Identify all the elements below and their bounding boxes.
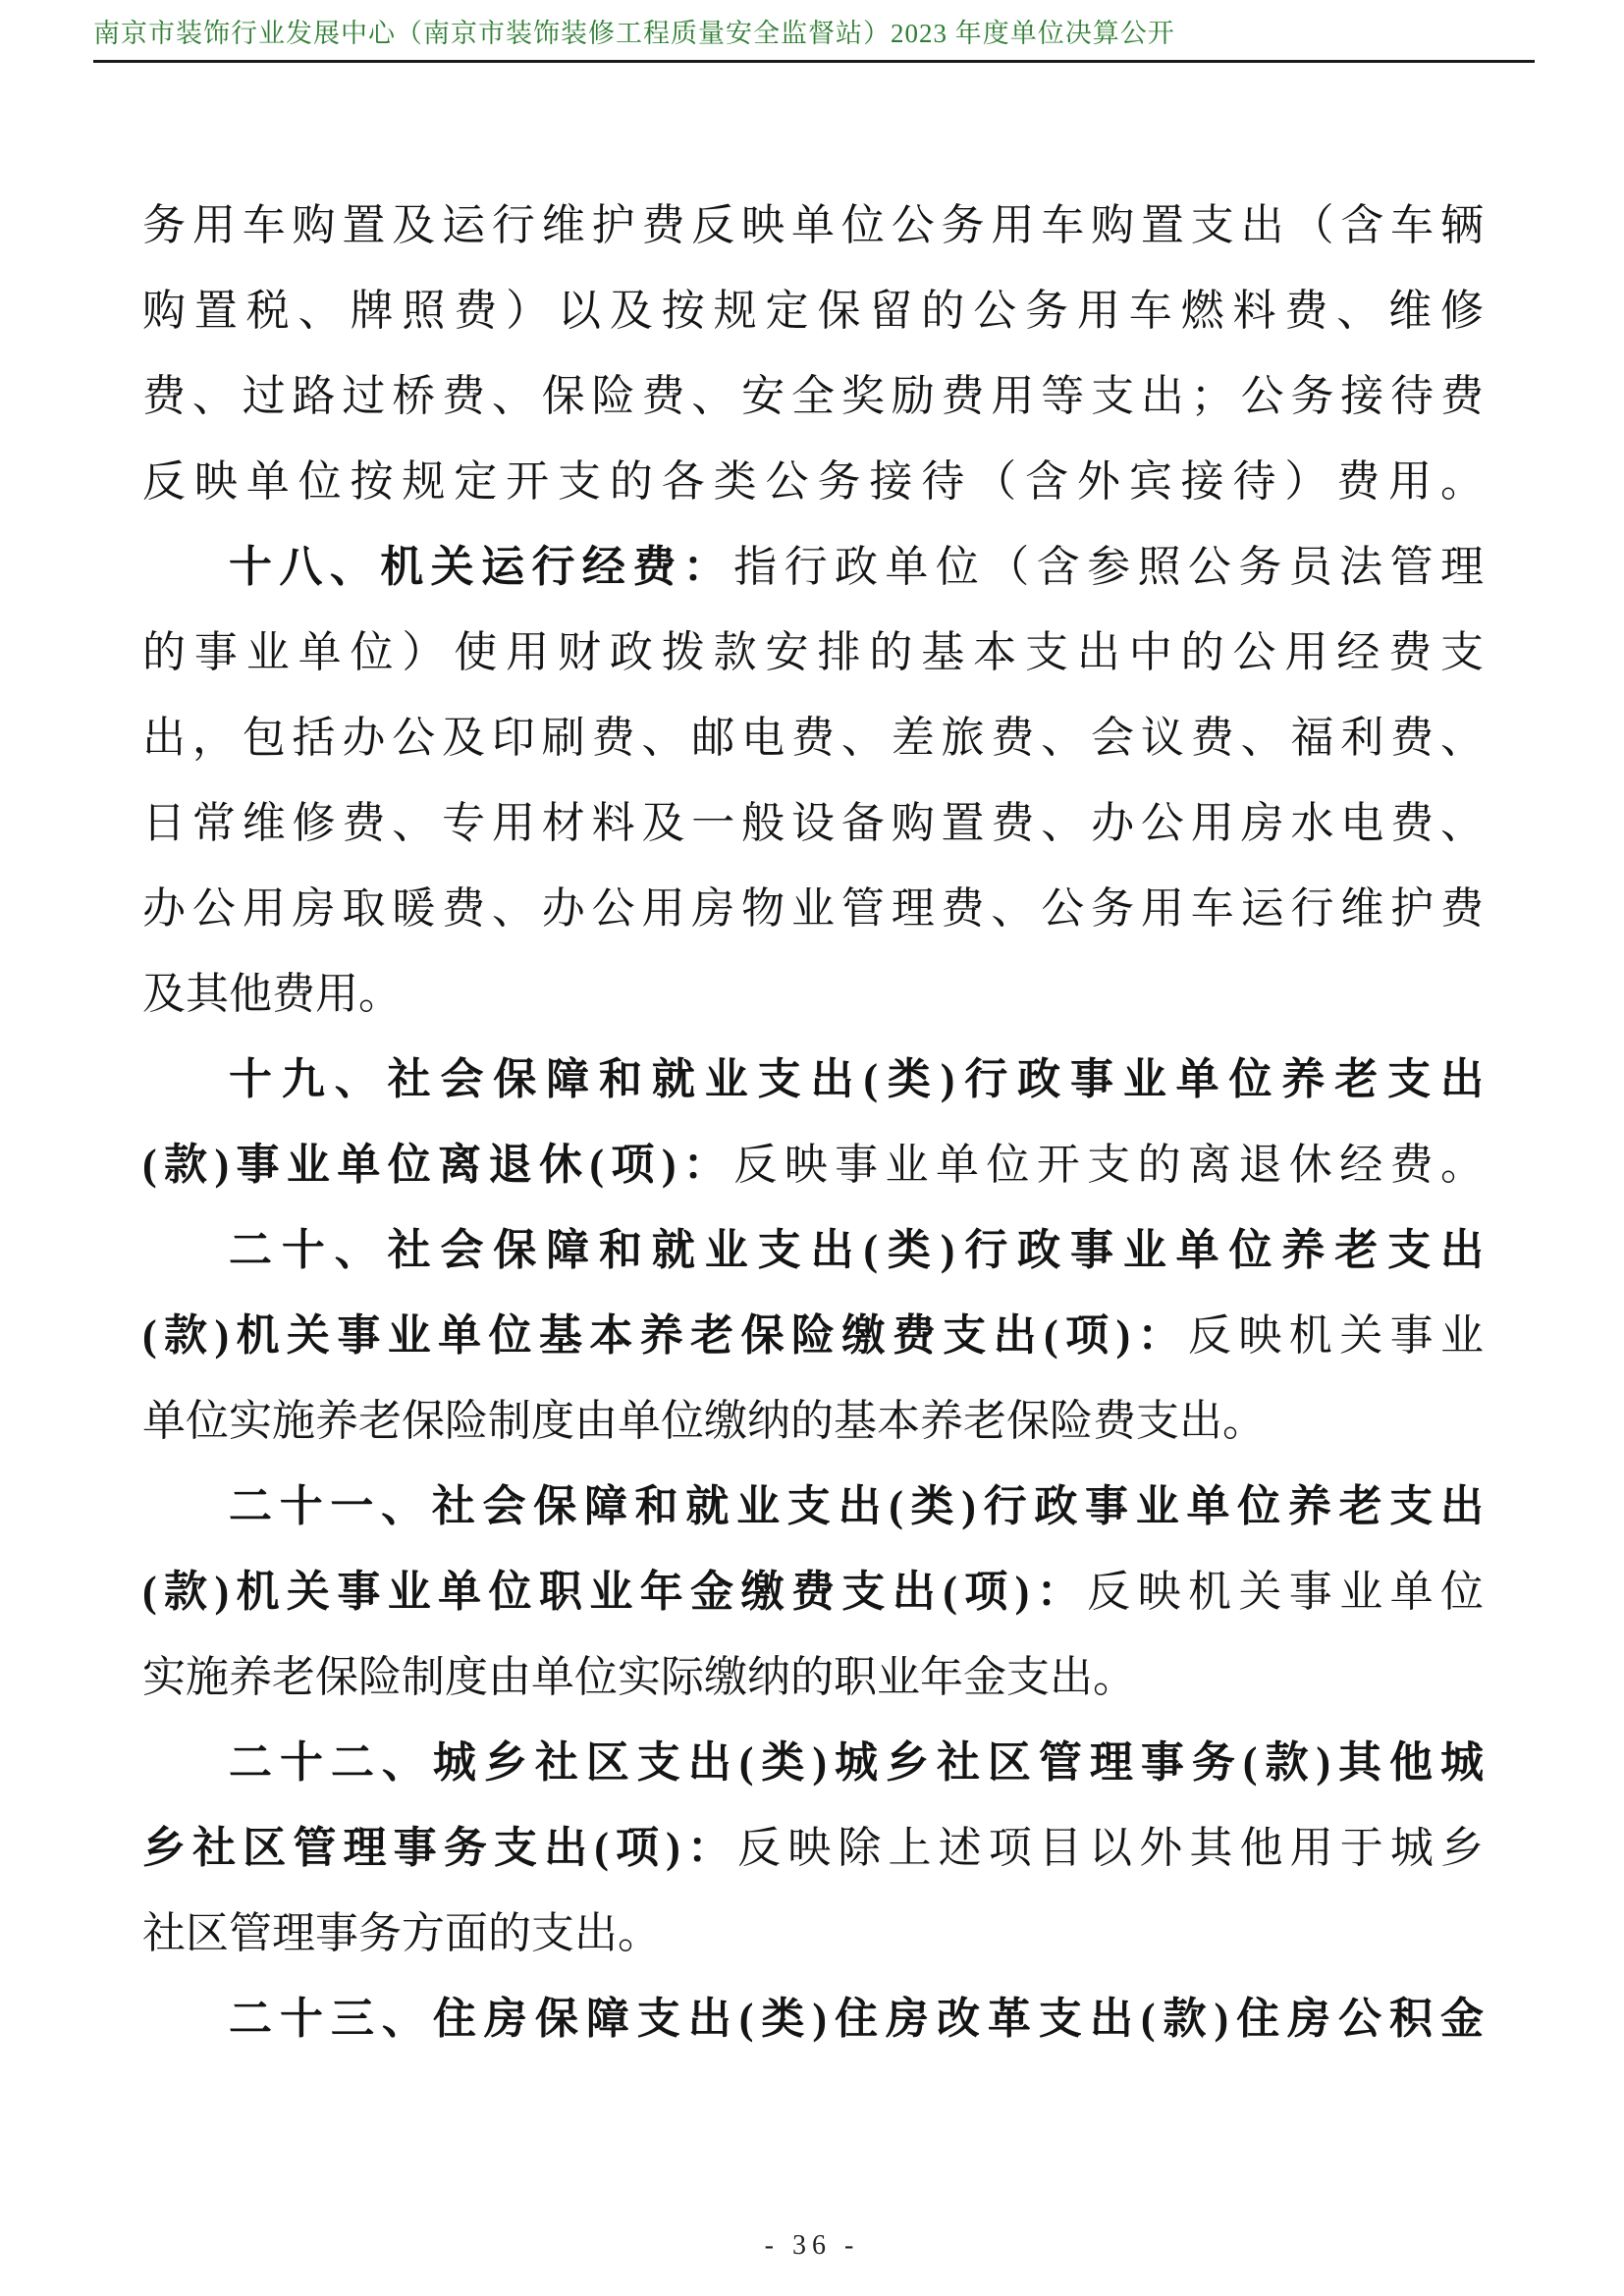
text-line: 及其他费用。 xyxy=(142,951,1484,1037)
text-segment: 的事业单位）使用财政拨款安排的基本支出中的公用经费支 xyxy=(142,628,1484,676)
bold-text-segment: 二十一、社会保障和就业支出(类)行政事业单位养老支出 xyxy=(229,1482,1484,1530)
text-segment: 务用车购置及运行维护费反映单位公务用车购置支出（含车辆 xyxy=(142,201,1484,249)
text-line: 二十一、社会保障和就业支出(类)行政事业单位养老支出 xyxy=(142,1464,1484,1549)
text-segment: 日常维修费、专用材料及一般设备购置费、办公用房水电费、 xyxy=(142,799,1484,847)
text-segment: 办公用房取暖费、办公用房物业管理费、公务用车运行维护费 xyxy=(142,884,1484,933)
text-line: 二十、社会保障和就业支出(类)行政事业单位养老支出 xyxy=(142,1207,1484,1293)
header-title: 南京市装饰行业发展中心（南京市装饰装修工程质量安全监督站）2023 年度单位决算… xyxy=(93,12,1535,50)
document-body: 务用车购置及运行维护费反映单位公务用车购置支出（含车辆购置税、牌照费）以及按规定… xyxy=(142,183,1484,2061)
page-footer: - 36 - xyxy=(0,2230,1624,2262)
text-segment: 单位实施养老保险制度由单位缴纳的基本养老保险费支出。 xyxy=(142,1397,1266,1445)
bold-text-segment: 二十三、住房保障支出(类)住房改革支出(款)住房公积金 xyxy=(229,1995,1484,2043)
text-line: 十八、机关运行经费：指行政单位（含参照公务员法管理 xyxy=(142,524,1484,610)
document-page: 南京市装饰行业发展中心（南京市装饰装修工程质量安全监督站）2023 年度单位决算… xyxy=(0,0,1624,2296)
text-segment: 反映机关事业 xyxy=(1188,1311,1484,1360)
text-line: (款)事业单位离退休(项)：反映事业单位开支的离退休经费。 xyxy=(142,1122,1484,1207)
text-segment: 反映事业单位开支的离退休经费。 xyxy=(733,1141,1484,1189)
text-segment: 指行政单位（含参照公务员法管理 xyxy=(733,543,1484,591)
text-segment: 社区管理事务方面的支出。 xyxy=(142,1909,661,1957)
text-line: 二十三、住房保障支出(类)住房改革支出(款)住房公积金 xyxy=(142,1976,1484,2061)
text-line: 十九、社会保障和就业支出(类)行政事业单位养老支出 xyxy=(142,1037,1484,1122)
bold-text-segment: 十八、机关运行经费： xyxy=(229,543,733,591)
text-line: 的事业单位）使用财政拨款安排的基本支出中的公用经费支 xyxy=(142,610,1484,695)
text-segment: 实施养老保险制度由单位实际缴纳的职业年金支出。 xyxy=(142,1653,1136,1701)
text-line: 费、过路过桥费、保险费、安全奖励费用等支出；公务接待费 xyxy=(142,353,1484,439)
text-segment: 反映除上述项目以外其他用于城乡 xyxy=(737,1824,1484,1872)
text-line: 日常维修费、专用材料及一般设备购置费、办公用房水电费、 xyxy=(142,780,1484,866)
text-line: 办公用房取暖费、办公用房物业管理费、公务用车运行维护费 xyxy=(142,866,1484,951)
text-line: (款)机关事业单位基本养老保险缴费支出(项)：反映机关事业 xyxy=(142,1293,1484,1378)
bold-text-segment: 二十二、城乡社区支出(类)城乡社区管理事务(款)其他城 xyxy=(229,1738,1484,1787)
text-segment: 反映单位按规定开支的各类公务接待（含外宾接待）费用。 xyxy=(142,457,1484,506)
text-line: 购置税、牌照费）以及按规定保留的公务用车燃料费、维修 xyxy=(142,268,1484,353)
bold-text-segment: (款)机关事业单位基本养老保险缴费支出(项)： xyxy=(142,1311,1188,1360)
text-line: 乡社区管理事务支出(项)：反映除上述项目以外其他用于城乡 xyxy=(142,1805,1484,1891)
text-segment: 出，包括办公及印刷费、邮电费、差旅费、会议费、福利费、 xyxy=(142,714,1484,762)
text-line: 反映单位按规定开支的各类公务接待（含外宾接待）费用。 xyxy=(142,439,1484,524)
text-line: 务用车购置及运行维护费反映单位公务用车购置支出（含车辆 xyxy=(142,183,1484,268)
bold-text-segment: (款)事业单位离退休(项)： xyxy=(142,1141,733,1189)
page-number: - 36 - xyxy=(765,2230,860,2261)
text-segment: 及其他费用。 xyxy=(142,970,402,1018)
text-line: 实施养老保险制度由单位实际缴纳的职业年金支出。 xyxy=(142,1634,1484,1720)
text-segment: 购置税、牌照费）以及按规定保留的公务用车燃料费、维修 xyxy=(142,287,1484,335)
bold-text-segment: 乡社区管理事务支出(项)： xyxy=(142,1824,737,1872)
text-line: 社区管理事务方面的支出。 xyxy=(142,1891,1484,1976)
bold-text-segment: (款)机关事业单位职业年金缴费支出(项)： xyxy=(142,1568,1087,1616)
text-line: (款)机关事业单位职业年金缴费支出(项)：反映机关事业单位 xyxy=(142,1549,1484,1634)
bold-text-segment: 二十、社会保障和就业支出(类)行政事业单位养老支出 xyxy=(229,1226,1484,1274)
text-segment: 费、过路过桥费、保险费、安全奖励费用等支出；公务接待费 xyxy=(142,372,1484,420)
text-line: 出，包括办公及印刷费、邮电费、差旅费、会议费、福利费、 xyxy=(142,695,1484,780)
text-line: 二十二、城乡社区支出(类)城乡社区管理事务(款)其他城 xyxy=(142,1720,1484,1805)
text-line: 单位实施养老保险制度由单位缴纳的基本养老保险费支出。 xyxy=(142,1378,1484,1464)
text-segment: 反映机关事业单位 xyxy=(1087,1568,1484,1616)
page-header: 南京市装饰行业发展中心（南京市装饰装修工程质量安全监督站）2023 年度单位决算… xyxy=(93,12,1535,63)
bold-text-segment: 十九、社会保障和就业支出(类)行政事业单位养老支出 xyxy=(229,1055,1484,1103)
